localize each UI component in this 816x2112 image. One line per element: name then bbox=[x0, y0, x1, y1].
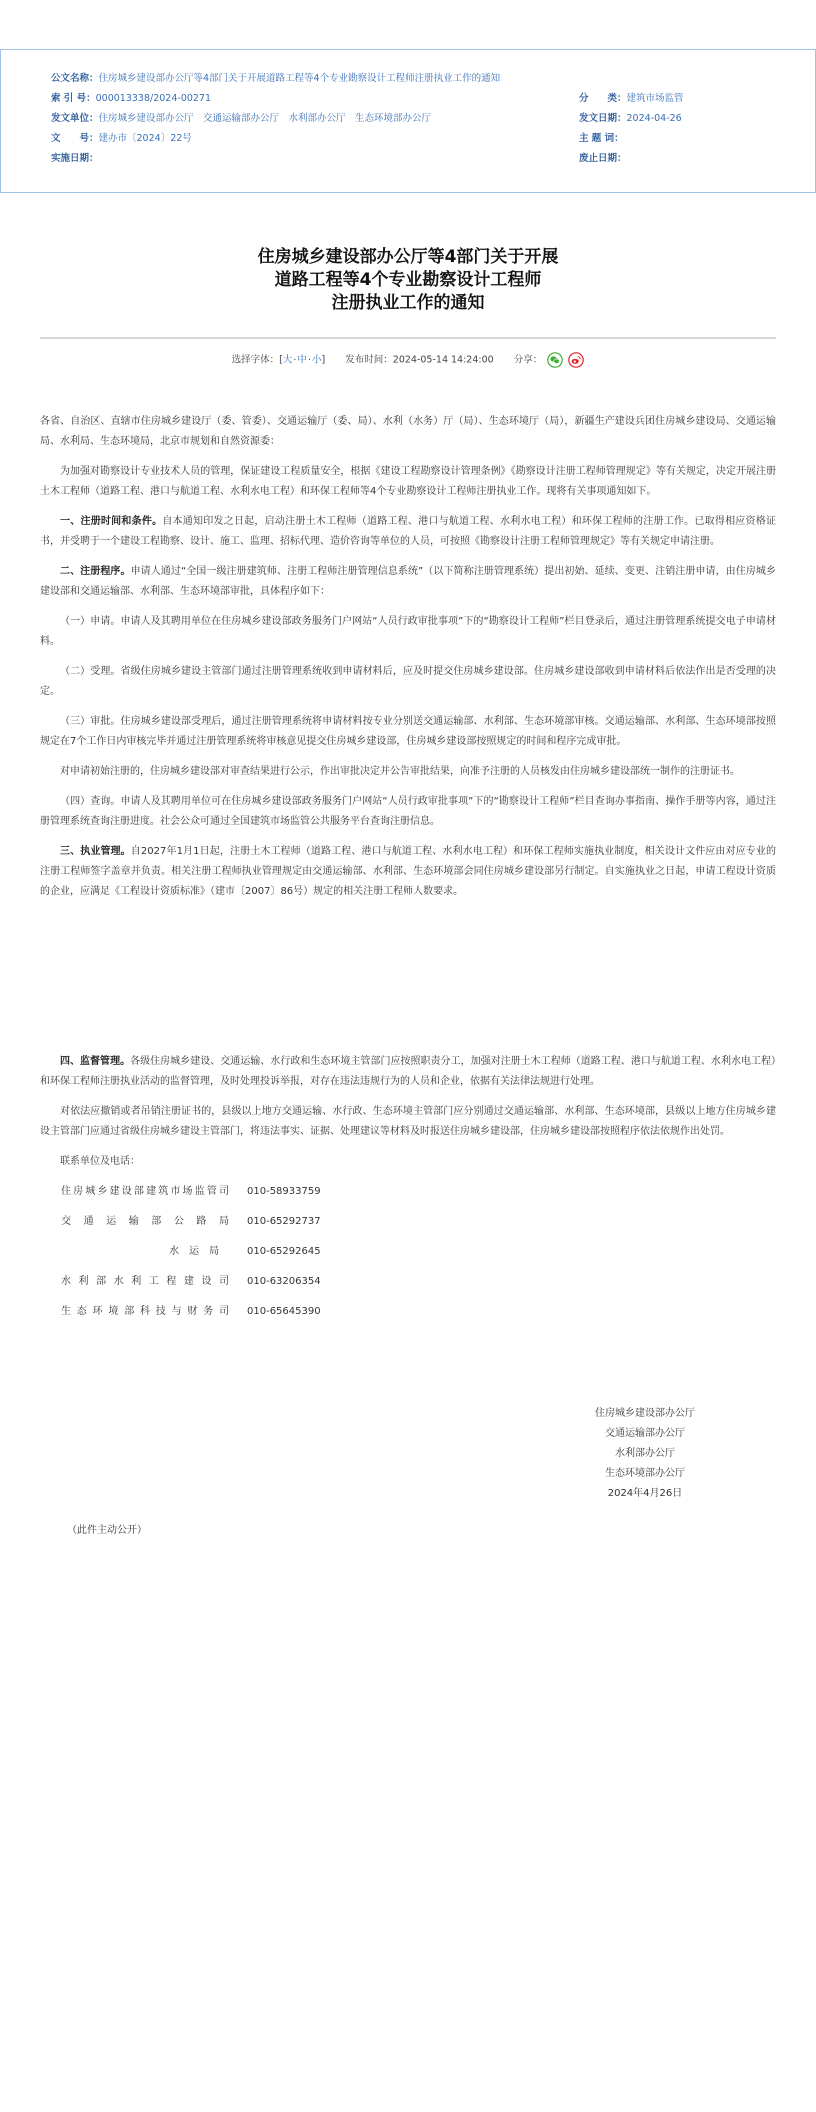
weibo-icon[interactable] bbox=[568, 352, 584, 368]
index-no-value: 000013338/2024-00271 bbox=[96, 93, 211, 104]
section-2-3-paragraph: （三）审批。住房城乡建设部受理后，通过注册管理系统将申请材料按专业分别送交通运输… bbox=[40, 712, 776, 752]
section-2-paragraph: 二、注册程序。申请人通过“全国一级注册建筑师、注册工程师注册管理信息系统”（以下… bbox=[40, 562, 776, 602]
category-label: 分 类： bbox=[579, 92, 627, 106]
index-no-row: 索 引 号：000013338/2024-00271 bbox=[51, 92, 211, 106]
signature-date: 2024年4月26日 bbox=[520, 1484, 770, 1504]
blank-space bbox=[40, 912, 776, 1052]
issue-date-row: 发文日期：2024-04-26 bbox=[579, 112, 682, 126]
section-2-text: 申请人通过“全国一级注册建筑师、注册工程师注册管理信息系统”（以下简称注册管理系… bbox=[40, 566, 776, 597]
signature-block: 住房城乡建设部办公厅 交通运输部办公厅 水利部办公厅 生态环境部办公厅 2024… bbox=[520, 1404, 770, 1504]
contact-phone: 010-63206354 bbox=[247, 1272, 321, 1292]
section-2-heading: 二、注册程序。 bbox=[60, 566, 131, 577]
publish-time-label: 发布时间： bbox=[345, 355, 393, 366]
title-line-1: 住房城乡建设部办公厅等4部门关于开展 bbox=[0, 246, 816, 269]
section-4-text: 各级住房城乡建设、交通运输、水行政和生态环境主管部门应按照职责分工，加强对注册土… bbox=[40, 1056, 776, 1087]
section-3-text: 自2027年1月1日起，注册土木工程师（道路工程、港口与航道工程、水利水电工程）… bbox=[40, 846, 776, 897]
doc-name-row: 公文名称：住房城乡建设部办公厅等4部门关于开展道路工程等4个专业勘察设计工程师注… bbox=[51, 72, 500, 86]
font-size-large-link[interactable]: 大 bbox=[283, 355, 293, 366]
issuer-label: 发文单位： bbox=[51, 112, 99, 126]
contact-row: 交通运输部公路局 010-65292737 bbox=[40, 1212, 776, 1232]
contact-name: 住房城乡建设部建筑市场监管司 bbox=[61, 1182, 229, 1202]
category-value: 建筑市场监管 bbox=[627, 93, 684, 104]
doc-no-row: 文 号：建办市〔2024〕22号 bbox=[51, 132, 192, 146]
publish-time-value: 2024-05-14 14:24:00 bbox=[393, 355, 494, 366]
effective-date-row: 实施日期： bbox=[51, 152, 99, 166]
signature-org-3: 水利部办公厅 bbox=[520, 1444, 770, 1464]
section-1-paragraph: 一、注册时间和条件。自本通知印发之日起，启动注册土木工程师（道路工程、港口与航道… bbox=[40, 512, 776, 552]
issue-date-label: 发文日期： bbox=[579, 112, 627, 126]
doc-name-value: 住房城乡建设部办公厅等4部门关于开展道路工程等4个专业勘察设计工程师注册执业工作… bbox=[99, 73, 501, 84]
section-2-4-paragraph: （四）查询。申请人及其聘用单位可在住房城乡建设部政务服务门户网站“人员行政审批事… bbox=[40, 792, 776, 832]
issue-date-value: 2024-04-26 bbox=[627, 113, 682, 124]
intro-paragraph: 为加强对勘察设计专业技术人员的管理，保证建设工程质量安全，根据《建设工程勘察设计… bbox=[40, 462, 776, 502]
section-2-3b-paragraph: 对申请初始注册的，住房城乡建设部对审查结果进行公示，作出审批决定并公告审批结果，… bbox=[40, 762, 776, 782]
section-4b-paragraph: 对依法应撤销或者吊销注册证书的，县级以上地方交通运输、水行政、生态环境主管部门应… bbox=[40, 1102, 776, 1142]
salutation: 各省、自治区、直辖市住房城乡建设厅（委、管委）、交通运输厅（委、局）、水利（水务… bbox=[40, 412, 776, 452]
contact-label: 联系单位及电话： bbox=[40, 1152, 776, 1172]
contact-name: 交通运输部公路局 bbox=[61, 1212, 229, 1232]
section-4-heading: 四、监督管理。 bbox=[60, 1056, 130, 1067]
font-size-bracket: ] bbox=[321, 355, 325, 366]
section-4-paragraph: 四、监督管理。各级住房城乡建设、交通运输、水行政和生态环境主管部门应按照职责分工… bbox=[40, 1052, 776, 1092]
section-3-paragraph: 三、执业管理。自2027年1月1日起，注册土木工程师（道路工程、港口与航道工程、… bbox=[40, 842, 776, 902]
title-line-2: 道路工程等4个专业勘察设计工程师 bbox=[0, 269, 816, 292]
effective-date-label: 实施日期： bbox=[51, 152, 99, 166]
contact-name: 水运局 bbox=[61, 1242, 229, 1262]
signature-org-2: 交通运输部办公厅 bbox=[520, 1424, 770, 1444]
section-3-heading: 三、执业管理。 bbox=[60, 846, 131, 857]
font-size-separator: · bbox=[293, 355, 296, 366]
contact-row: 住房城乡建设部建筑市场监管司 010-58933759 bbox=[40, 1182, 776, 1202]
doc-name-label: 公文名称： bbox=[51, 72, 99, 86]
section-2-2-paragraph: （二）受理。省级住房城乡建设主管部门通过注册管理系统收到申请材料后，应及时提交住… bbox=[40, 662, 776, 702]
document-metadata-panel: 公文名称：住房城乡建设部办公厅等4部门关于开展道路工程等4个专业勘察设计工程师注… bbox=[0, 49, 816, 193]
contact-phone: 010-65292737 bbox=[247, 1212, 321, 1232]
expiry-date-row: 废止日期： bbox=[579, 152, 627, 166]
public-disclosure-note: （此件主动公开） bbox=[67, 1521, 147, 1541]
wechat-icon[interactable] bbox=[547, 352, 563, 368]
index-no-label: 索 引 号： bbox=[51, 92, 96, 106]
contact-phone: 010-65292645 bbox=[247, 1242, 321, 1262]
category-row: 分 类：建筑市场监管 bbox=[579, 92, 684, 106]
contact-phone: 010-65645390 bbox=[247, 1302, 321, 1322]
contact-row: 生态环境部科技与财务司 010-65645390 bbox=[40, 1302, 776, 1322]
keywords-label: 主 题 词： bbox=[579, 132, 624, 146]
share-label: 分享： bbox=[514, 355, 543, 366]
article-toolbar: 选择字体：[大·中·小] 发布时间：2024-05-14 14:24:00 分享… bbox=[0, 352, 816, 369]
doc-no-value: 建办市〔2024〕22号 bbox=[99, 133, 192, 144]
doc-no-label: 文 号： bbox=[51, 132, 99, 146]
contact-name-text: 水运局 bbox=[169, 1246, 229, 1257]
title-line-3: 注册执业工作的通知 bbox=[0, 292, 816, 315]
page-title: 住房城乡建设部办公厅等4部门关于开展 道路工程等4个专业勘察设计工程师 注册执业… bbox=[0, 246, 816, 315]
title-divider bbox=[40, 337, 776, 339]
signature-org-4: 生态环境部办公厅 bbox=[520, 1464, 770, 1484]
contact-name: 水利部水利工程建设司 bbox=[61, 1272, 229, 1292]
expiry-date-label: 废止日期： bbox=[579, 152, 627, 166]
section-1-heading: 一、注册时间和条件。 bbox=[60, 516, 162, 527]
issuer-value: 住房城乡建设部办公厅 交通运输部办公厅 水利部办公厅 生态环境部办公厅 bbox=[99, 113, 432, 124]
font-size-separator: · bbox=[308, 355, 311, 366]
contact-row: 水运局 010-65292645 bbox=[40, 1242, 776, 1262]
font-size-label: 选择字体：[ bbox=[232, 355, 283, 366]
font-size-medium-link[interactable]: 中 bbox=[297, 355, 307, 366]
issuer-row: 发文单位：住房城乡建设部办公厅 交通运输部办公厅 水利部办公厅 生态环境部办公厅 bbox=[51, 112, 431, 126]
article-body: 各省、自治区、直辖市住房城乡建设厅（委、管委）、交通运输厅（委、局）、水利（水务… bbox=[40, 412, 776, 1332]
section-2-1-paragraph: （一）申请。申请人及其聘用单位在住房城乡建设部政务服务门户网站“人员行政审批事项… bbox=[40, 612, 776, 652]
contact-name: 生态环境部科技与财务司 bbox=[61, 1302, 229, 1322]
keywords-row: 主 题 词： bbox=[579, 132, 624, 146]
signature-org-1: 住房城乡建设部办公厅 bbox=[520, 1404, 770, 1424]
contact-row: 水利部水利工程建设司 010-63206354 bbox=[40, 1272, 776, 1292]
contact-phone: 010-58933759 bbox=[247, 1182, 321, 1202]
